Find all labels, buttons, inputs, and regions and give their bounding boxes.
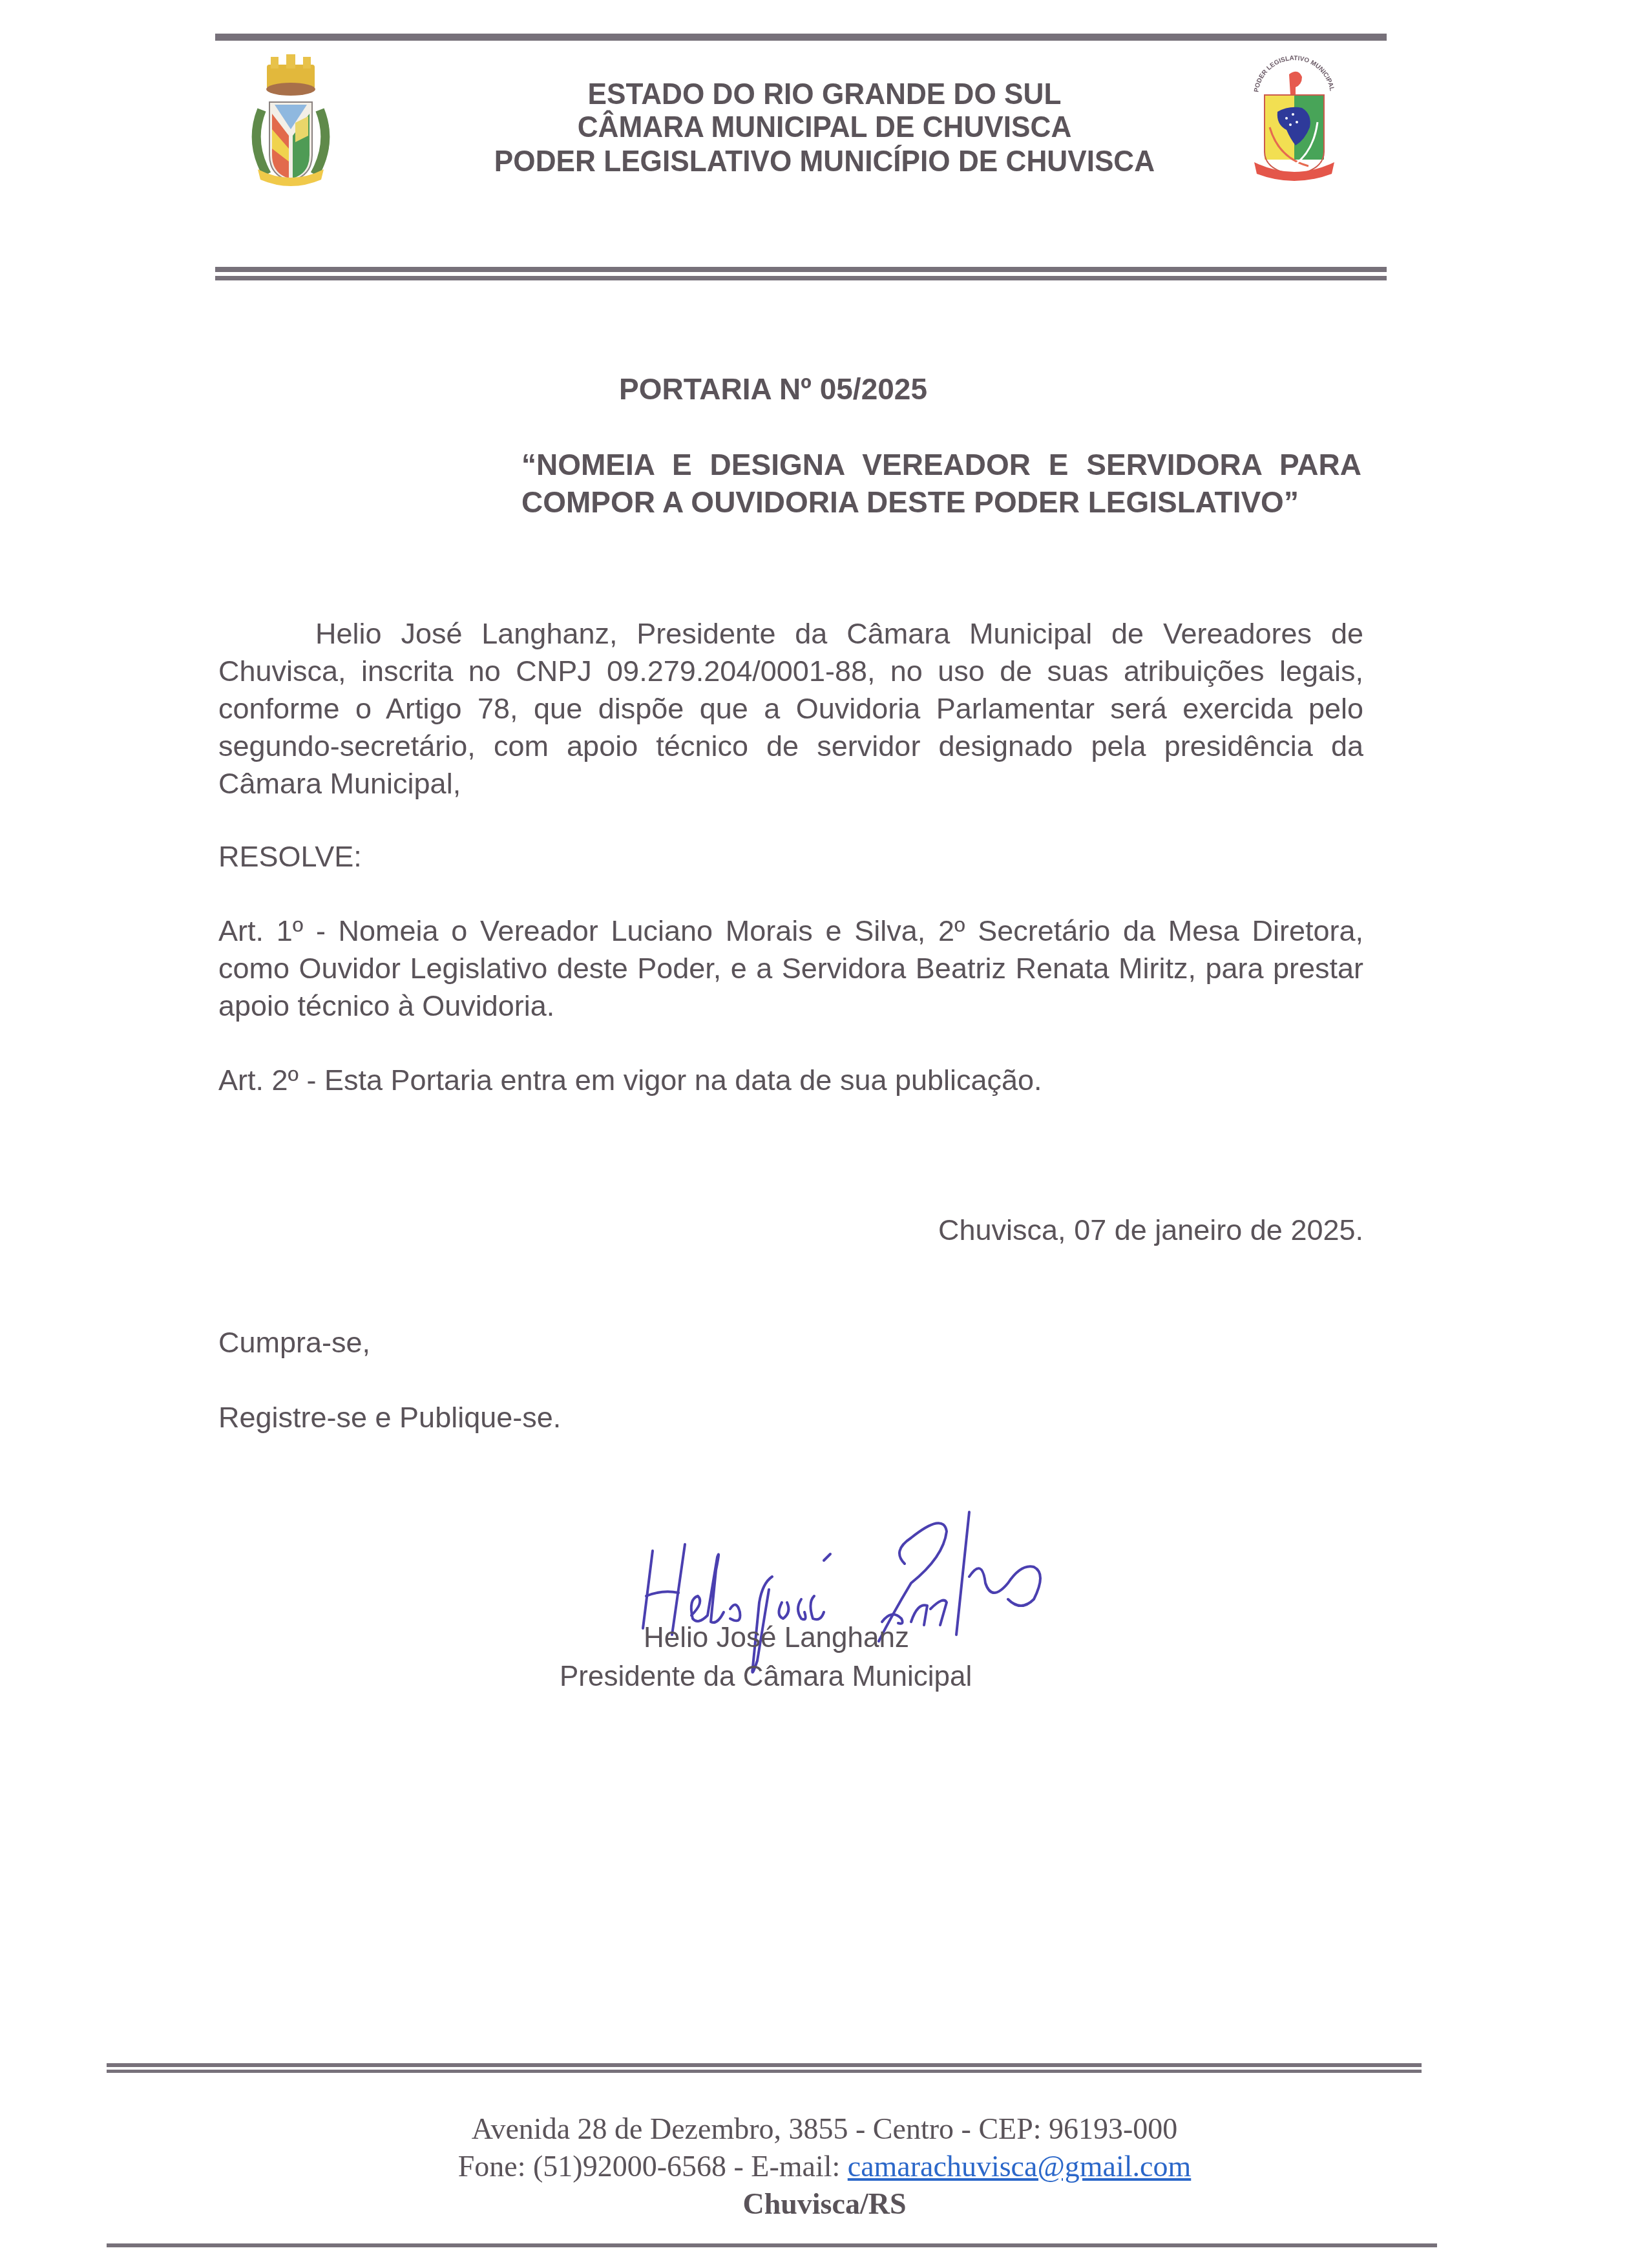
article-2: Art. 2º - Esta Portaria entra em vigor n… xyxy=(218,1062,1363,1099)
header-chamber: CÂMARA MUNICIPAL DE CHUVISCA xyxy=(33,109,1616,144)
header-bottom-rule-1 xyxy=(215,267,1387,272)
place-date: Chuvisca, 07 de janeiro de 2025. xyxy=(218,1212,1363,1249)
closing-registre: Registre-se e Publique-se. xyxy=(218,1399,1363,1436)
header-bottom-rule-2 xyxy=(215,276,1387,280)
footer-bottom-rule xyxy=(107,2243,1437,2247)
signatory-name: Helio José Langhanz xyxy=(644,1622,909,1654)
footer-phone: Fone: (51)92000-6568 - E-mail: xyxy=(458,2150,848,2183)
resolve-label: RESOLVE: xyxy=(218,838,1363,876)
closing-cumpra: Cumpra-se, xyxy=(218,1324,1363,1361)
footer-city: Chuvisca/RS xyxy=(0,2187,1649,2221)
footer-top-rule-1 xyxy=(107,2063,1422,2067)
footer-address: Avenida 28 de Dezembro, 3855 - Centro - … xyxy=(0,2112,1649,2146)
footer-email-link[interactable]: camarachuvisca@gmail.com xyxy=(848,2150,1192,2183)
header-legislative-power: PODER LEGISLATIVO MUNICÍPIO DE CHUVISCA xyxy=(33,143,1616,178)
document-title: PORTARIA Nº 05/2025 xyxy=(619,372,927,406)
header-state: ESTADO DO RIO GRANDE DO SUL xyxy=(33,76,1616,111)
footer-contact: Fone: (51)92000-6568 - E-mail: camarachu… xyxy=(0,2149,1649,2183)
article-1: Art. 1º - Nomeia o Vereador Luciano Mora… xyxy=(218,912,1363,1025)
footer-top-rule-2 xyxy=(107,2070,1422,2073)
document-ementa: “NOMEIA E DESIGNA VEREADOR E SERVIDORA P… xyxy=(521,446,1361,521)
signatory-role: Presidente da Câmara Municipal xyxy=(560,1661,972,1693)
header-top-rule xyxy=(215,34,1387,41)
preamble-paragraph: Helio José Langhanz, Presidente da Câmar… xyxy=(218,615,1363,803)
